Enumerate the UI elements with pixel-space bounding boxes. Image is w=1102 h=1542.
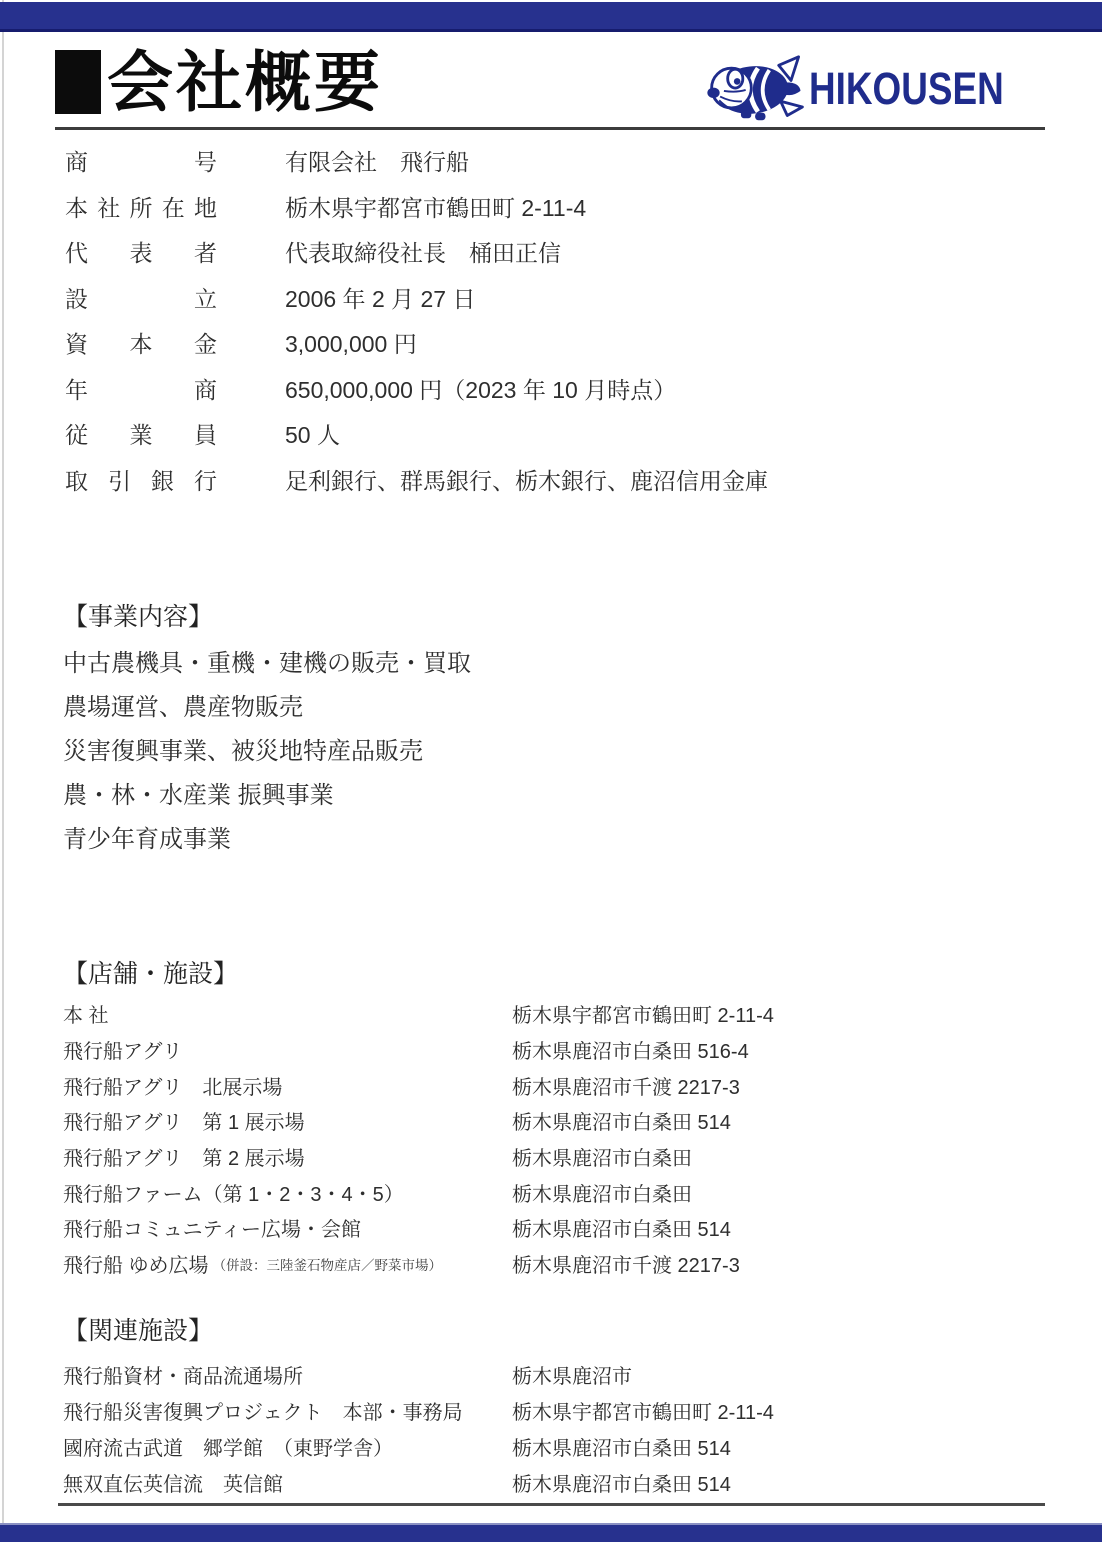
business-list: 中古農機具・重機・建機の販売・買取 農場運営、農産物販売 災害復興事業、被災地特… <box>63 638 1043 858</box>
facility-address: 栃木県鹿沼市白桑田 514 <box>512 1468 731 1497</box>
row-value: 3,000,000 円 <box>285 326 417 359</box>
facility-name-text: 飛行船アグリ 第 2 展示場 <box>63 1142 305 1171</box>
facility-name: 飛行船資材・商品流通場所 <box>63 1360 512 1389</box>
table-row: 代表者 代表取締役社長 桶田正信 <box>65 229 1045 275</box>
list-item: 農場運営、農産物販売 <box>63 682 1043 726</box>
facility-name: 本 社 <box>63 999 512 1028</box>
facility-row: 飛行船アグリ 北展示場 栃木県鹿沼市千渡 2217-3 <box>63 1067 1063 1103</box>
row-label: 取引銀行 <box>65 463 217 496</box>
facility-name-text: 本 社 <box>63 999 109 1028</box>
blimp-mascot-icon <box>705 50 809 128</box>
facility-row: 飛行船アグリ 栃木県鹿沼市白桑田 516-4 <box>63 1032 1063 1068</box>
facility-row: 飛行船アグリ 第 2 展示場 栃木県鹿沼市白桑田 <box>63 1139 1063 1175</box>
page-content: 会社概要 HIKOUSEN <box>0 0 1102 1542</box>
related-facilities-section: 【関連施設】 飛行船資材・商品流通場所 栃木県鹿沼市 飛行船災害復興プロジェクト… <box>63 1312 1063 1500</box>
facilities-list: 本 社 栃木県宇都宮市鶴田町 2-11-4 飛行船アグリ 栃木県鹿沼市白桑田 5… <box>63 996 1063 1282</box>
facility-name: 飛行船 ゆめ広場（併設：三陸釜石物産店／野菜市場） <box>63 1249 512 1278</box>
section-heading: 【事業内容】 <box>63 602 1043 632</box>
row-value: 2006 年 2 月 27 日 <box>285 281 476 314</box>
facility-row: 飛行船ファーム（第 1・2・3・4・5） 栃木県鹿沼市白桑田 <box>63 1174 1063 1210</box>
facility-row: 飛行船アグリ 第 1 展示場 栃木県鹿沼市白桑田 514 <box>63 1103 1063 1139</box>
row-value: 650,000,000 円（2023 年 10 月時点） <box>285 372 676 405</box>
table-row: 本社所在地 栃木県宇都宮市鶴田町 2-11-4 <box>65 184 1045 230</box>
facility-name-text: 飛行船災害復興プロジェクト 本部・事務局 <box>63 1396 463 1425</box>
facility-row: 國府流古武道 郷学館 （東野学舎） 栃木県鹿沼市白桑田 514 <box>63 1428 1063 1464</box>
facility-name: 飛行船災害復興プロジェクト 本部・事務局 <box>63 1396 512 1425</box>
facility-name-text: 飛行船アグリ 第 1 展示場 <box>63 1106 305 1135</box>
facility-address: 栃木県鹿沼市白桑田 514 <box>512 1106 731 1135</box>
company-info-table: 商号 有限会社 飛行船 本社所在地 栃木県宇都宮市鶴田町 2-11-4 代表者 … <box>65 138 1045 502</box>
title-square-icon <box>55 50 101 114</box>
title-wrap: 会社概要 <box>55 49 383 115</box>
facility-name: 飛行船コミュニティー広場・会館 <box>63 1213 512 1242</box>
facility-name: 飛行船アグリ 北展示場 <box>63 1071 512 1100</box>
row-label: 年商 <box>65 372 217 405</box>
facility-note: （併設：三陸釜石物産店／野菜市場） <box>213 1254 443 1274</box>
facility-name: 無双直伝英信流 英信館 <box>63 1468 512 1497</box>
row-label: 資本金 <box>65 326 217 359</box>
bottom-rule <box>58 1503 1045 1506</box>
facility-row: 飛行船資材・商品流通場所 栃木県鹿沼市 <box>63 1356 1063 1392</box>
section-heading: 【店舗・施設】 <box>63 956 1063 992</box>
facility-name-text: 飛行船アグリ 北展示場 <box>63 1071 282 1100</box>
row-label: 従業員 <box>65 417 217 450</box>
facility-name: 飛行船アグリ 第 2 展示場 <box>63 1142 512 1171</box>
facility-address: 栃木県鹿沼市 <box>512 1360 632 1389</box>
row-value: 栃木県宇都宮市鶴田町 2-11-4 <box>285 190 586 223</box>
facility-address: 栃木県鹿沼市千渡 2217-3 <box>512 1249 740 1278</box>
facility-address: 栃木県鹿沼市白桑田 <box>512 1142 692 1171</box>
row-value: 足利銀行、群馬銀行、栃木銀行、鹿沼信用金庫 <box>285 463 768 496</box>
row-value: 有限会社 飛行船 <box>285 144 469 177</box>
business-content-section: 【事業内容】 中古農機具・重機・建機の販売・買取 農場運営、農産物販売 災害復興… <box>63 602 1043 858</box>
facility-address: 栃木県鹿沼市千渡 2217-3 <box>512 1071 740 1100</box>
company-profile-page: HIKOUSEN 会社概要 <box>0 0 1102 1542</box>
table-row: 従業員 50 人 <box>65 411 1045 457</box>
page-header: 会社概要 HIKOUSEN <box>55 40 1047 124</box>
row-label: 設立 <box>65 281 217 314</box>
row-label: 商号 <box>65 144 217 177</box>
facility-name-text: 飛行船ファーム（第 1・2・3・4・5） <box>63 1178 404 1207</box>
table-row: 資本金 3,000,000 円 <box>65 320 1045 366</box>
facility-name-text: 飛行船コミュニティー広場・会館 <box>63 1213 361 1242</box>
facility-name-text: 飛行船資材・商品流通場所 <box>63 1360 303 1389</box>
facilities-section: 【店舗・施設】 本 社 栃木県宇都宮市鶴田町 2-11-4 飛行船アグリ 栃木県… <box>63 956 1063 1282</box>
facility-name: 飛行船ファーム（第 1・2・3・4・5） <box>63 1178 512 1207</box>
table-row: 設立 2006 年 2 月 27 日 <box>65 275 1045 321</box>
facility-address: 栃木県鹿沼市白桑田 514 <box>512 1213 731 1242</box>
top-navy-bar <box>0 2 1102 32</box>
row-label: 代表者 <box>65 235 217 268</box>
hikousen-logo: HIKOUSEN <box>705 50 1047 128</box>
facility-row: 飛行船 ゆめ広場（併設：三陸釜石物産店／野菜市場） 栃木県鹿沼市千渡 2217-… <box>63 1246 1063 1282</box>
header-rule <box>55 127 1045 130</box>
row-value: 代表取締役社長 桶田正信 <box>285 235 561 268</box>
table-row: 年商 650,000,000 円（2023 年 10 月時点） <box>65 366 1045 412</box>
facility-name-text: 飛行船 ゆめ広場 <box>63 1249 209 1278</box>
table-row: 商号 有限会社 飛行船 <box>65 138 1045 184</box>
facility-row: 飛行船コミュニティー広場・会館 栃木県鹿沼市白桑田 514 <box>63 1210 1063 1246</box>
facility-address: 栃木県鹿沼市白桑田 <box>512 1178 692 1207</box>
page-left-edge <box>2 0 4 1542</box>
row-value: 50 人 <box>285 417 340 450</box>
page-title: 会社概要 <box>107 49 383 115</box>
related-list: 飛行船資材・商品流通場所 栃木県鹿沼市 飛行船災害復興プロジェクト 本部・事務局… <box>63 1356 1063 1500</box>
facility-name: 飛行船アグリ <box>63 1035 512 1064</box>
facility-row: 本 社 栃木県宇都宮市鶴田町 2-11-4 <box>63 996 1063 1032</box>
facility-name: 國府流古武道 郷学館 （東野学舎） <box>63 1432 512 1461</box>
table-row: 取引銀行 足利銀行、群馬銀行、栃木銀行、鹿沼信用金庫 <box>65 457 1045 503</box>
facility-name-text: 飛行船アグリ <box>63 1035 182 1064</box>
bottom-navy-bar <box>0 1523 1102 1542</box>
facility-address: 栃木県鹿沼市白桑田 514 <box>512 1432 731 1461</box>
facility-name: 飛行船アグリ 第 1 展示場 <box>63 1106 512 1135</box>
section-heading: 【関連施設】 <box>63 1312 1063 1350</box>
list-item: 農・林・水産業 振興事業 <box>63 770 1043 814</box>
facility-row: 飛行船災害復興プロジェクト 本部・事務局 栃木県宇都宮市鶴田町 2-11-4 <box>63 1392 1063 1428</box>
facility-address: 栃木県鹿沼市白桑田 516-4 <box>512 1035 749 1064</box>
facility-address: 栃木県宇都宮市鶴田町 2-11-4 <box>512 999 774 1028</box>
list-item: 青少年育成事業 <box>63 814 1043 858</box>
list-item: 災害復興事業、被災地特産品販売 <box>63 726 1043 770</box>
row-label: 本社所在地 <box>65 190 217 223</box>
logo-text: HIKOUSEN <box>809 63 1004 115</box>
facility-name-text: 無双直伝英信流 英信館 <box>63 1468 283 1497</box>
facility-row: 無双直伝英信流 英信館 栃木県鹿沼市白桑田 514 <box>63 1464 1063 1500</box>
facility-address: 栃木県宇都宮市鶴田町 2-11-4 <box>512 1396 774 1425</box>
facility-name-text: 國府流古武道 郷学館 （東野学舎） <box>63 1432 393 1461</box>
list-item: 中古農機具・重機・建機の販売・買取 <box>63 638 1043 682</box>
